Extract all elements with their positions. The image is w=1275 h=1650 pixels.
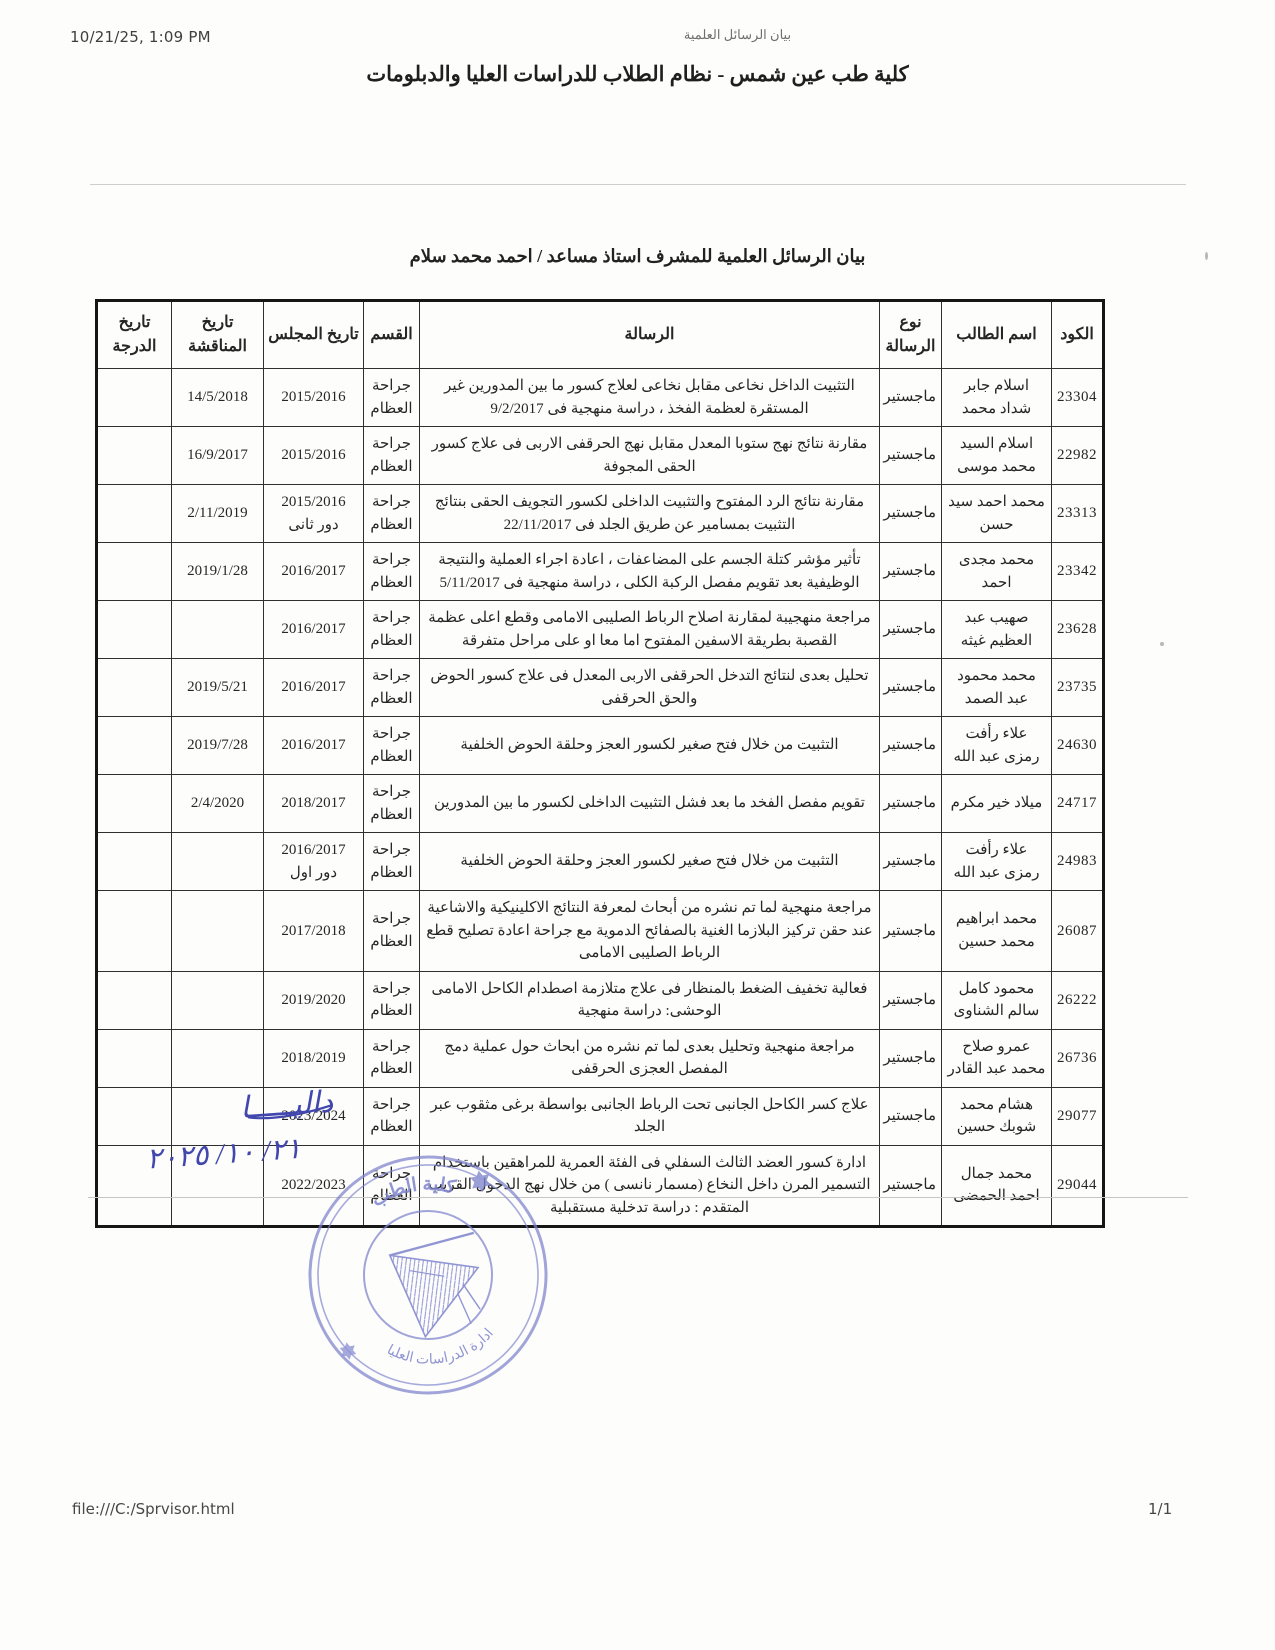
signature-date: ٢١/ ١٠/ ٢٠٢٥ <box>145 1133 302 1176</box>
cell-council: 2018/2017 <box>264 775 364 833</box>
cell-dept: جراحة العظام <box>364 717 420 775</box>
cell-type: ماجستير <box>880 427 942 485</box>
cell-thesis: تحليل بعدى لنتائج التدخل الحرقفى الاربى … <box>420 659 880 717</box>
svg-text:كلية الطب: كلية الطب <box>366 1167 462 1213</box>
cell-dept: جراحة العظام <box>364 833 420 891</box>
cell-type: ماجستير <box>880 1087 942 1145</box>
scan-artifact <box>1160 642 1164 646</box>
table-row: 24717ميلاد خير مكرمماجستيرتقويم مفصل الف… <box>97 775 1104 833</box>
cell-council: 2016/2017 دور اول <box>264 833 364 891</box>
table-row: 24630علاء رأفت رمزى عبد اللهماجستيرالتثب… <box>97 717 1104 775</box>
cell-degree <box>97 833 172 891</box>
cell-council: 2016/2017 <box>264 659 364 717</box>
cell-dept: جراحة العظام <box>364 427 420 485</box>
cell-type: ماجستير <box>880 971 942 1029</box>
table-row: 23735محمد محمود عبد الصمدماجستيرتحليل بع… <box>97 659 1104 717</box>
cell-name: محمد محمود عبد الصمد <box>942 659 1052 717</box>
cell-dept: جراحة العظام <box>364 369 420 427</box>
cell-name: اسلام السيد محمد موسى <box>942 427 1052 485</box>
document-header-label: بيان الرسائل العلمية <box>684 27 791 43</box>
cell-thesis: مقارنة نتائج الرد المفتوح والتثبيت الداخ… <box>420 485 880 543</box>
cell-code: 29044 <box>1052 1145 1104 1227</box>
cell-dept: جراحة العظام <box>364 775 420 833</box>
cell-thesis: علاج كسر الكاحل الجانبى تحت الرباط الجان… <box>420 1087 880 1145</box>
cell-thesis: التثبيت من خلال فتح صغير لكسور العجز وحل… <box>420 833 880 891</box>
cell-degree <box>97 891 172 972</box>
cell-thesis: مراجعة منهجية لما تم نشره من أبحاث لمعرف… <box>420 891 880 972</box>
cell-code: 23342 <box>1052 543 1104 601</box>
cell-name: اسلام جابر شداد محمد <box>942 369 1052 427</box>
table-row: 23304اسلام جابر شداد محمدماجستيرالتثبيت … <box>97 369 1104 427</box>
cell-name: هشام محمد شوبك حسين <box>942 1087 1052 1145</box>
bottom-divider <box>88 1197 1188 1198</box>
cell-code: 26736 <box>1052 1029 1104 1087</box>
cell-degree <box>97 659 172 717</box>
header-thesis: الرسالة <box>420 301 880 369</box>
header-council-date: تاريخ المجلس <box>264 301 364 369</box>
cell-council: 2015/2016 دور ثانى <box>264 485 364 543</box>
cell-code: 23304 <box>1052 369 1104 427</box>
cell-type: ماجستير <box>880 601 942 659</box>
cell-thesis: التثبيت الداخل نخاعى مقابل نخاعى لعلاج ك… <box>420 369 880 427</box>
cell-name: ميلاد خير مكرم <box>942 775 1052 833</box>
cell-thesis: التثبيت من خلال فتح صغير لكسور العجز وحل… <box>420 717 880 775</box>
table-row: 26087محمد ابراهيم محمد حسينماجستيرمراجعة… <box>97 891 1104 972</box>
cell-discussion: 2/11/2019 <box>172 485 264 543</box>
cell-thesis: مراجعة منهجيبة لمقارنة اصلاح الرباط الصل… <box>420 601 880 659</box>
cell-code: 29077 <box>1052 1087 1104 1145</box>
table-row: 23628صهيب عبد العظيم غيثهماجستيرمراجعة م… <box>97 601 1104 659</box>
table-row: 26222محمود كامل سالم الشناوىماجستيرفعالي… <box>97 971 1104 1029</box>
cell-discussion: 16/9/2017 <box>172 427 264 485</box>
cell-discussion <box>172 971 264 1029</box>
cell-discussion: 2019/1/28 <box>172 543 264 601</box>
cell-code: 23735 <box>1052 659 1104 717</box>
footer-file-url: file:///C:/Sprvisor.html <box>72 1500 235 1518</box>
cell-degree <box>97 601 172 659</box>
table-row: 23313محمد احمد سيد حسنماجستيرمقارنة نتائ… <box>97 485 1104 543</box>
cell-type: ماجستير <box>880 717 942 775</box>
cell-name: محمد احمد سيد حسن <box>942 485 1052 543</box>
cell-code: 26222 <box>1052 971 1104 1029</box>
cell-dept: جراحة العظام <box>364 485 420 543</box>
header-divider <box>90 184 1186 185</box>
cell-name: صهيب عبد العظيم غيثه <box>942 601 1052 659</box>
cell-council: 2016/2017 <box>264 717 364 775</box>
page-title: كلية طب عين شمس - نظام الطلاب للدراسات ا… <box>0 62 1275 87</box>
cell-name: علاء رأفت رمزى عبد الله <box>942 717 1052 775</box>
cell-name: محمد مجدى احمد <box>942 543 1052 601</box>
signature-name: داليـــــا <box>239 1086 335 1125</box>
header-thesis-type: نوع الرسالة <box>880 301 942 369</box>
cell-degree <box>97 427 172 485</box>
cell-type: ماجستير <box>880 369 942 427</box>
cell-council: 2019/2020 <box>264 971 364 1029</box>
header-student-name: اسم الطالب <box>942 301 1052 369</box>
header-discussion-date: تاريخ المناقشة <box>172 301 264 369</box>
header-code: الكود <box>1052 301 1104 369</box>
cell-discussion: 2019/7/28 <box>172 717 264 775</box>
footer-page-number: 1/1 <box>1148 1500 1172 1518</box>
cell-discussion: 2019/5/21 <box>172 659 264 717</box>
table-header-row: الكود اسم الطالب نوع الرسالة الرسالة الق… <box>97 301 1104 369</box>
cell-type: ماجستير <box>880 1029 942 1087</box>
cell-code: 23628 <box>1052 601 1104 659</box>
cell-thesis: تقويم مفصل الفخد ما بعد فشل التثبيت الدا… <box>420 775 880 833</box>
cell-dept: جراحة العظام <box>364 543 420 601</box>
cell-council: 2016/2017 <box>264 543 364 601</box>
stamp-text-top: كلية الطب <box>366 1167 462 1213</box>
official-stamp: كلية الطب ادارة الدراسات العليا <box>290 1140 566 1410</box>
cell-council: 2016/2017 <box>264 601 364 659</box>
cell-degree <box>97 971 172 1029</box>
cell-degree <box>97 543 172 601</box>
cell-thesis: فعالية تخفيف الضغط بالمنظار فى علاج متلا… <box>420 971 880 1029</box>
cell-code: 24717 <box>1052 775 1104 833</box>
report-subtitle: بيان الرسائل العلمية للمشرف استاذ مساعد … <box>0 246 1275 267</box>
cell-degree <box>97 485 172 543</box>
cell-name: علاء رأفت رمزى عبد الله <box>942 833 1052 891</box>
cell-code: 24983 <box>1052 833 1104 891</box>
table-row: 23342محمد مجدى احمدماجستيرتأثير مؤشر كتل… <box>97 543 1104 601</box>
cell-discussion: 2/4/2020 <box>172 775 264 833</box>
cell-discussion <box>172 891 264 972</box>
cell-type: ماجستير <box>880 775 942 833</box>
cell-name: عمرو صلاح محمد عبد القادر <box>942 1029 1052 1087</box>
cell-discussion <box>172 833 264 891</box>
cell-council: 2017/2018 <box>264 891 364 972</box>
print-timestamp: 10/21/25, 1:09 PM <box>70 28 211 46</box>
document-page: { "page": { "print_timestamp": "10/21/25… <box>0 0 1275 1650</box>
cell-dept: جراحة العظام <box>364 659 420 717</box>
cell-degree <box>97 775 172 833</box>
cell-dept: جراحة العظام <box>364 601 420 659</box>
cell-thesis: مقارنة نتائج نهج ستوبا المعدل مقابل نهج … <box>420 427 880 485</box>
cell-type: ماجستير <box>880 659 942 717</box>
cell-name: محمود كامل سالم الشناوى <box>942 971 1052 1029</box>
cell-name: محمد ابراهيم محمد حسين <box>942 891 1052 972</box>
header-department: القسم <box>364 301 420 369</box>
cell-council: 2015/2016 <box>264 427 364 485</box>
cell-type: ماجستير <box>880 833 942 891</box>
cell-dept: جراحة العظام <box>364 971 420 1029</box>
header-degree-date: تاريخ الدرجة <box>97 301 172 369</box>
cell-degree <box>97 369 172 427</box>
cell-code: 23313 <box>1052 485 1104 543</box>
cell-code: 22982 <box>1052 427 1104 485</box>
table-row: 22982اسلام السيد محمد موسىماجستيرمقارنة … <box>97 427 1104 485</box>
cell-discussion: 14/5/2018 <box>172 369 264 427</box>
scan-artifact <box>1205 252 1208 260</box>
cell-type: ماجستير <box>880 891 942 972</box>
table-row: 24983علاء رأفت رمزى عبد اللهماجستيرالتثب… <box>97 833 1104 891</box>
cell-discussion <box>172 601 264 659</box>
cell-degree <box>97 717 172 775</box>
cell-council: 2015/2016 <box>264 369 364 427</box>
cell-code: 26087 <box>1052 891 1104 972</box>
cell-code: 24630 <box>1052 717 1104 775</box>
cell-dept: جراحة العظام <box>364 891 420 972</box>
cell-type: ماجستير <box>880 543 942 601</box>
cell-thesis: تأثير مؤشر كتلة الجسم على المضاعفات ، اع… <box>420 543 880 601</box>
cell-thesis: مراجعة منهجية وتحليل بعدى لما تم نشره من… <box>420 1029 880 1087</box>
cell-type: ماجستير <box>880 485 942 543</box>
cell-type: ماجستير <box>880 1145 942 1227</box>
cell-name: محمد جمال احمد الحمضى <box>942 1145 1052 1227</box>
